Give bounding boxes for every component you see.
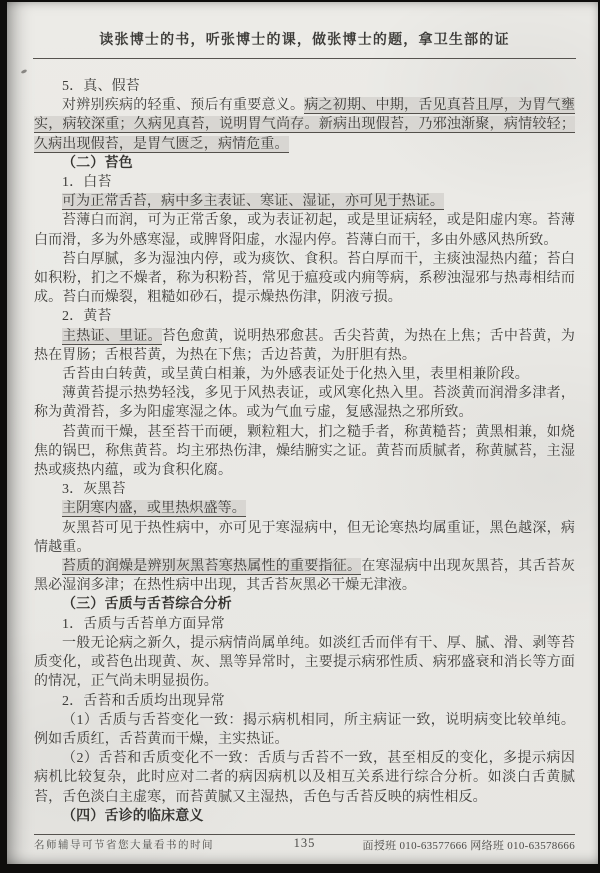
paragraph: （2）舌苔和舌质变化不一致：舌质与舌苔不一致，甚至相反的变化，多提示病因病机比较… bbox=[34, 749, 575, 807]
paragraph: （1）舌质与舌苔变化一致：揭示病机相同，所主病证一致，说明病变比较单纯。例如舌质… bbox=[34, 711, 575, 749]
footer-slogan: 名师辅导可节省您大量看书的时间 bbox=[34, 837, 270, 852]
text-run: 3．灰黑苔 bbox=[62, 482, 126, 497]
header-slogan: 读张博士的书，听张博士的课，做张博士的题，拿卫生部的证 bbox=[37, 32, 572, 50]
footer-contact: 面授班 010-63577666 网络班 010-63578666 bbox=[340, 837, 576, 853]
paragraph: 灰黑苔可见于热性病中，亦可见于寒湿病中，但无论寒热均属重证，黑色越深，病情越重。 bbox=[34, 519, 575, 557]
paragraph: 苔白厚腻，多为湿浊内停，或为痰饮、食积。苔白厚而干，主痰浊湿热内蕴；苔白如积粉，… bbox=[34, 250, 575, 308]
sub-heading: 1．舌质与舌苔单方面异常 bbox=[34, 615, 575, 634]
page-number: 135 bbox=[270, 836, 340, 851]
text-run: 灰黑苔可见于热性病中，亦可见于寒湿病中，但无论寒热均属重证，黑色越深，病情越重。 bbox=[34, 521, 575, 555]
sub-heading: 2．舌苔和舌质均出现异常 bbox=[34, 692, 575, 711]
document-body: 5．真、假苔对辨别疾病的轻重、预后有重要意义。病之初期、中期，舌见真苔且厚，为胃… bbox=[34, 77, 575, 826]
page-header: 读张博士的书，听张博士的课，做张博士的题，拿卫生部的证 bbox=[33, 2, 576, 59]
text-run: （2）舌苔和舌质变化不一致：舌质与舌苔不一致，甚至相反的变化，多提示病因病机比较… bbox=[34, 751, 575, 804]
text-run: 一般无论病之新久，提示病情尚属单纯。如淡红舌而伴有干、厚、腻、滑、剥等苔质变化，… bbox=[34, 636, 575, 689]
highlighted-text: 可为正常舌苔，病中多主表证、寒证、湿证，亦可见于热证。 bbox=[62, 193, 444, 210]
sub-heading: 1．白苔 bbox=[34, 173, 575, 192]
text-run: 对辨别疾病的轻重、预后有重要意义。 bbox=[62, 98, 304, 113]
text-run: 2．舌苔和舌质均出现异常 bbox=[62, 694, 225, 709]
paragraph: 苔薄白而润，可为正常舌象，或为表证初起，或是里证病轻，或是阳虚内寒。苔薄白而滑，… bbox=[34, 211, 575, 249]
page-footer: 名师辅导可节省您大量看书的时间 135 面授班 010-63577666 网络班… bbox=[34, 834, 575, 853]
paragraph: 舌苔由白转黄，或呈黄白相兼，为外感表证处于化热入里，表里相兼阶段。 bbox=[34, 365, 575, 384]
section-heading: （三）舌质与舌苔综合分析 bbox=[34, 595, 575, 614]
text-run: 5．真、假苔 bbox=[62, 79, 140, 94]
highlighted-text: 主热证、里证。 bbox=[62, 328, 162, 345]
paragraph: 薄黄苔提示热势轻浅，多见于风热表证，或风寒化热入里。苔淡黄而润滑多津者，称为黄滑… bbox=[34, 384, 575, 422]
text-run: 舌苔由白转黄，或呈黄白相兼，为外感表证处于化热入里，表里相兼阶段。 bbox=[62, 367, 529, 382]
paragraph: 主热证、里证。苔色愈黄，说明热邪愈甚。舌尖苔黄，为热在上焦；舌中苔黄，为热在胃肠… bbox=[34, 327, 575, 365]
scan-speck bbox=[21, 69, 28, 74]
paragraph: 主阴寒内盛，或里热炽盛等。 bbox=[34, 499, 575, 518]
text-run: 1．白苔 bbox=[62, 175, 112, 190]
section-heading: （二）苔色 bbox=[34, 154, 575, 173]
text-run: （1）舌质与舌苔变化一致：揭示病机相同，所主病证一致，说明病变比较单纯。例如舌质… bbox=[34, 713, 575, 747]
sub-heading: 5．真、假苔 bbox=[34, 77, 575, 96]
text-run: 苔黄而干燥，甚至苔干而硬，颗粒粗大，扪之糙手者，称黄糙苔；黄黑相兼，如烧焦的锅巴… bbox=[34, 425, 575, 478]
paragraph: 苔黄而干燥，甚至苔干而硬，颗粒粗大，扪之糙手者，称黄糙苔；黄黑相兼，如烧焦的锅巴… bbox=[34, 423, 575, 481]
scanned-page: 读张博士的书，听张博士的课，做张博士的题，拿卫生部的证 5．真、假苔对辨别疾病的… bbox=[7, 2, 598, 864]
text-run: （二）苔色 bbox=[62, 156, 133, 171]
text-run: 2．黄苔 bbox=[62, 309, 112, 324]
paragraph: 苔质的润燥是辨别灰黑苔寒热属性的重要指征。在寒湿病中出现灰黑苔，其舌苔灰黑必湿润… bbox=[34, 557, 575, 595]
paragraph: 对辨别疾病的轻重、预后有重要意义。病之初期、中期，舌见真苔且厚，为胃气壅实，病较… bbox=[34, 96, 575, 154]
text-run: 1．舌质与舌苔单方面异常 bbox=[62, 617, 225, 632]
text-run: （三）舌质与舌苔综合分析 bbox=[62, 597, 232, 612]
paragraph: 可为正常舌苔，病中多主表证、寒证、湿证，亦可见于热证。 bbox=[34, 192, 575, 211]
sub-heading: 3．灰黑苔 bbox=[34, 480, 575, 499]
highlighted-text: 苔质的润燥是辨别灰黑苔寒热属性的重要指征。 bbox=[62, 558, 361, 575]
paragraph: 一般无论病之新久，提示病情尚属单纯。如淡红舌而伴有干、厚、腻、滑、剥等苔质变化，… bbox=[34, 634, 575, 692]
text-run: 苔薄白而润，可为正常舌象，或为表证初起，或是里证病轻，或是阳虚内寒。苔薄白而滑，… bbox=[34, 213, 575, 247]
highlighted-text: 主阴寒内盛，或里热炽盛等。 bbox=[62, 500, 246, 517]
text-run: 薄黄苔提示热势轻浅，多见于风热表证，或风寒化热入里。苔淡黄而润滑多津者，称为黄滑… bbox=[34, 386, 575, 420]
section-heading: （四）舌诊的临床意义 bbox=[34, 807, 575, 826]
text-run: 苔白厚腻，多为湿浊内停，或为痰饮、食积。苔白厚而干，主痰浊湿热内蕴；苔白如积粉，… bbox=[34, 252, 575, 305]
text-run: （四）舌诊的临床意义 bbox=[62, 809, 204, 824]
sub-heading: 2．黄苔 bbox=[34, 307, 575, 326]
